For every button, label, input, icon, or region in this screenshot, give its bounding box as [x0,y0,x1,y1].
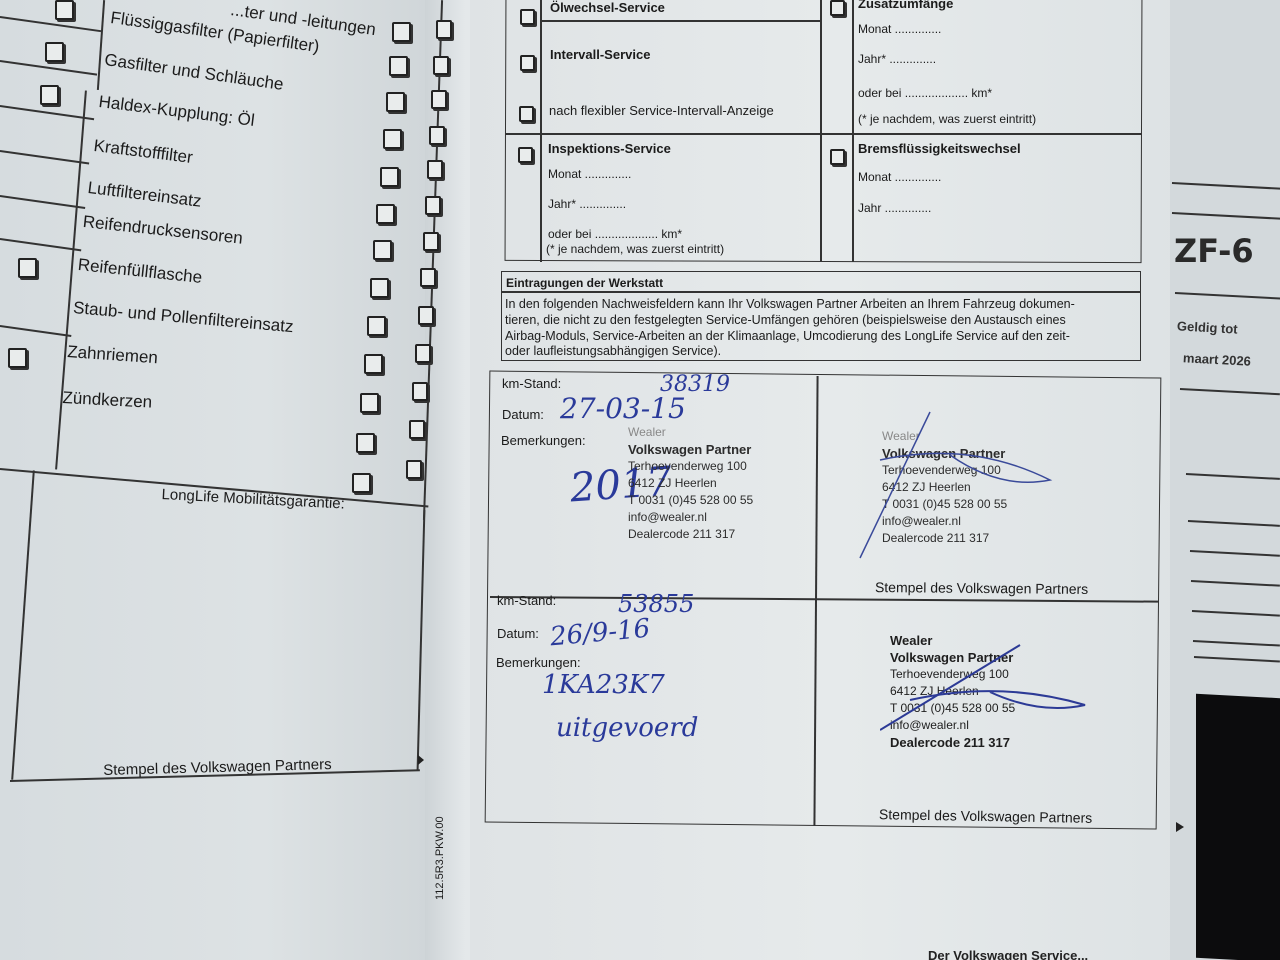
workshop-text-line: oder laufleistungsabhängigen Service). [505,344,721,358]
inspection-year: Jahr* .............. [548,197,626,211]
interval-label: Intervall-Service [550,47,650,62]
arrow-right-icon [1176,822,1184,832]
stamp-title: Volkswagen Partner [628,441,753,458]
checkbox[interactable] [356,433,375,453]
remarks-label: Bemerkungen: [501,433,586,448]
checkbox[interactable] [436,20,452,39]
brake-checkbox[interactable] [830,149,845,165]
stamp-phone: T 0031 (0)45 528 00 55 [628,492,753,509]
row-line [501,291,1141,293]
inspection-month: Monat .............. [548,167,631,181]
km-label: km-Stand: [497,593,556,608]
checkbox[interactable] [415,344,431,363]
checkbox[interactable] [406,460,422,479]
checkbox[interactable] [386,92,405,112]
table-divider [852,0,854,262]
signature-scribble [880,640,1100,740]
inspection-checkbox[interactable] [518,147,533,163]
row-line [540,20,820,22]
checkbox[interactable] [392,22,411,42]
checkbox[interactable] [8,348,27,368]
workshop-text-line: In den folgenden Nachweisfeldern kann Ih… [505,297,1075,311]
oil-change-label: Ölwechsel-Service [550,0,665,15]
extra-title: Zusatzumfänge [858,0,953,11]
checkbox[interactable] [383,129,402,149]
checkbox[interactable] [433,56,449,75]
checkbox[interactable] [389,56,408,76]
checkbox[interactable] [423,232,439,251]
inspection-note: (* je nachdem, was zuerst eintritt) [546,242,724,256]
checkbox[interactable] [367,316,386,336]
checkbox[interactable] [352,473,371,493]
form-code: 112.5R3.PKW.00 [434,816,446,900]
oil-change-checkbox[interactable] [520,9,535,25]
brake-year: Jahr .............. [858,201,931,215]
checkbox[interactable] [380,167,399,187]
checkbox[interactable] [376,204,395,224]
workshop-text-line: tieren, die nicht zu den festgelegten Se… [505,313,1066,327]
date-label: Datum: [497,626,539,641]
back-page-footer: Der Volkswagen Service... [928,948,1088,960]
inspection-title: Inspektions-Service [548,141,671,156]
checkbox[interactable] [360,393,379,413]
table-divider [540,0,542,262]
left-page [0,0,440,960]
extra-month: Monat .............. [858,22,941,36]
flexible-checkbox[interactable] [519,106,534,122]
remarks-label: Bemerkungen: [496,655,581,670]
stamp-city: 6412 ZJ Heerlen [628,475,753,492]
checkbox[interactable] [364,354,383,374]
table-divider [820,0,822,262]
extra-note: (* je nachdem, was zuerst eintritt) [858,112,1036,126]
checkbox[interactable] [418,306,434,325]
checkbox[interactable] [373,240,392,260]
stamp-label: Stempel des Volkswagen Partners [875,579,1088,597]
stamp-email: info@wealer.nl [628,509,753,526]
interval-checkbox[interactable] [520,55,535,71]
entry-1-date: 27-03-15 [560,392,686,425]
checkbox[interactable] [429,126,445,145]
dealer-stamp: Wealer Volkswagen Partner Terhoevenderwe… [628,424,753,543]
entry-2-remark-2: uitgevoerd [556,713,698,743]
service-table [505,0,1143,263]
stamp-name: Wealer [628,424,753,441]
stamp-code: Dealercode 211 317 [628,526,753,543]
extra-km: oder bei ................... km* [858,86,992,100]
entry-2-remark-1: 1KA23K7 [542,670,665,700]
km-label: km-Stand: [502,376,561,391]
inspection-km: oder bei ................... km* [548,227,682,241]
brake-month: Monat .............. [858,170,941,184]
checkbox[interactable] [409,420,425,439]
checkbox[interactable] [427,160,443,179]
checkbox[interactable] [370,278,389,298]
signature-scribble [850,400,1070,570]
checkbox[interactable] [431,90,447,109]
stamp-street: Terhoevenderweg 100 [628,458,753,475]
extra-year: Jahr* .............. [858,52,936,66]
background-dark-surface [1196,694,1280,960]
back-page-title: ZF-6 [1174,232,1254,270]
checkbox[interactable] [40,85,59,105]
extra-checkbox[interactable] [830,0,845,16]
entry-2-km: 53855 [618,590,694,618]
checkbox[interactable] [45,42,64,62]
row-line [505,133,1142,135]
brake-title: Bremsflüssigkeitswechsel [858,141,1021,156]
workshop-text-line: Airbag-Moduls, Service-Arbeiten an der K… [505,329,1070,343]
date-label: Datum: [502,407,544,422]
checkbox[interactable] [425,196,441,215]
checkbox[interactable] [55,0,74,20]
arrow-right-icon [418,755,424,765]
checkbox[interactable] [420,268,436,287]
checkbox[interactable] [412,382,428,401]
flexible-label: nach flexibler Service-Intervall-Anzeige [549,103,774,118]
workshop-title: Eintragungen der Werkstatt [506,276,663,290]
checkbox[interactable] [18,258,37,278]
valid-label: Geldig tot [1177,318,1238,336]
